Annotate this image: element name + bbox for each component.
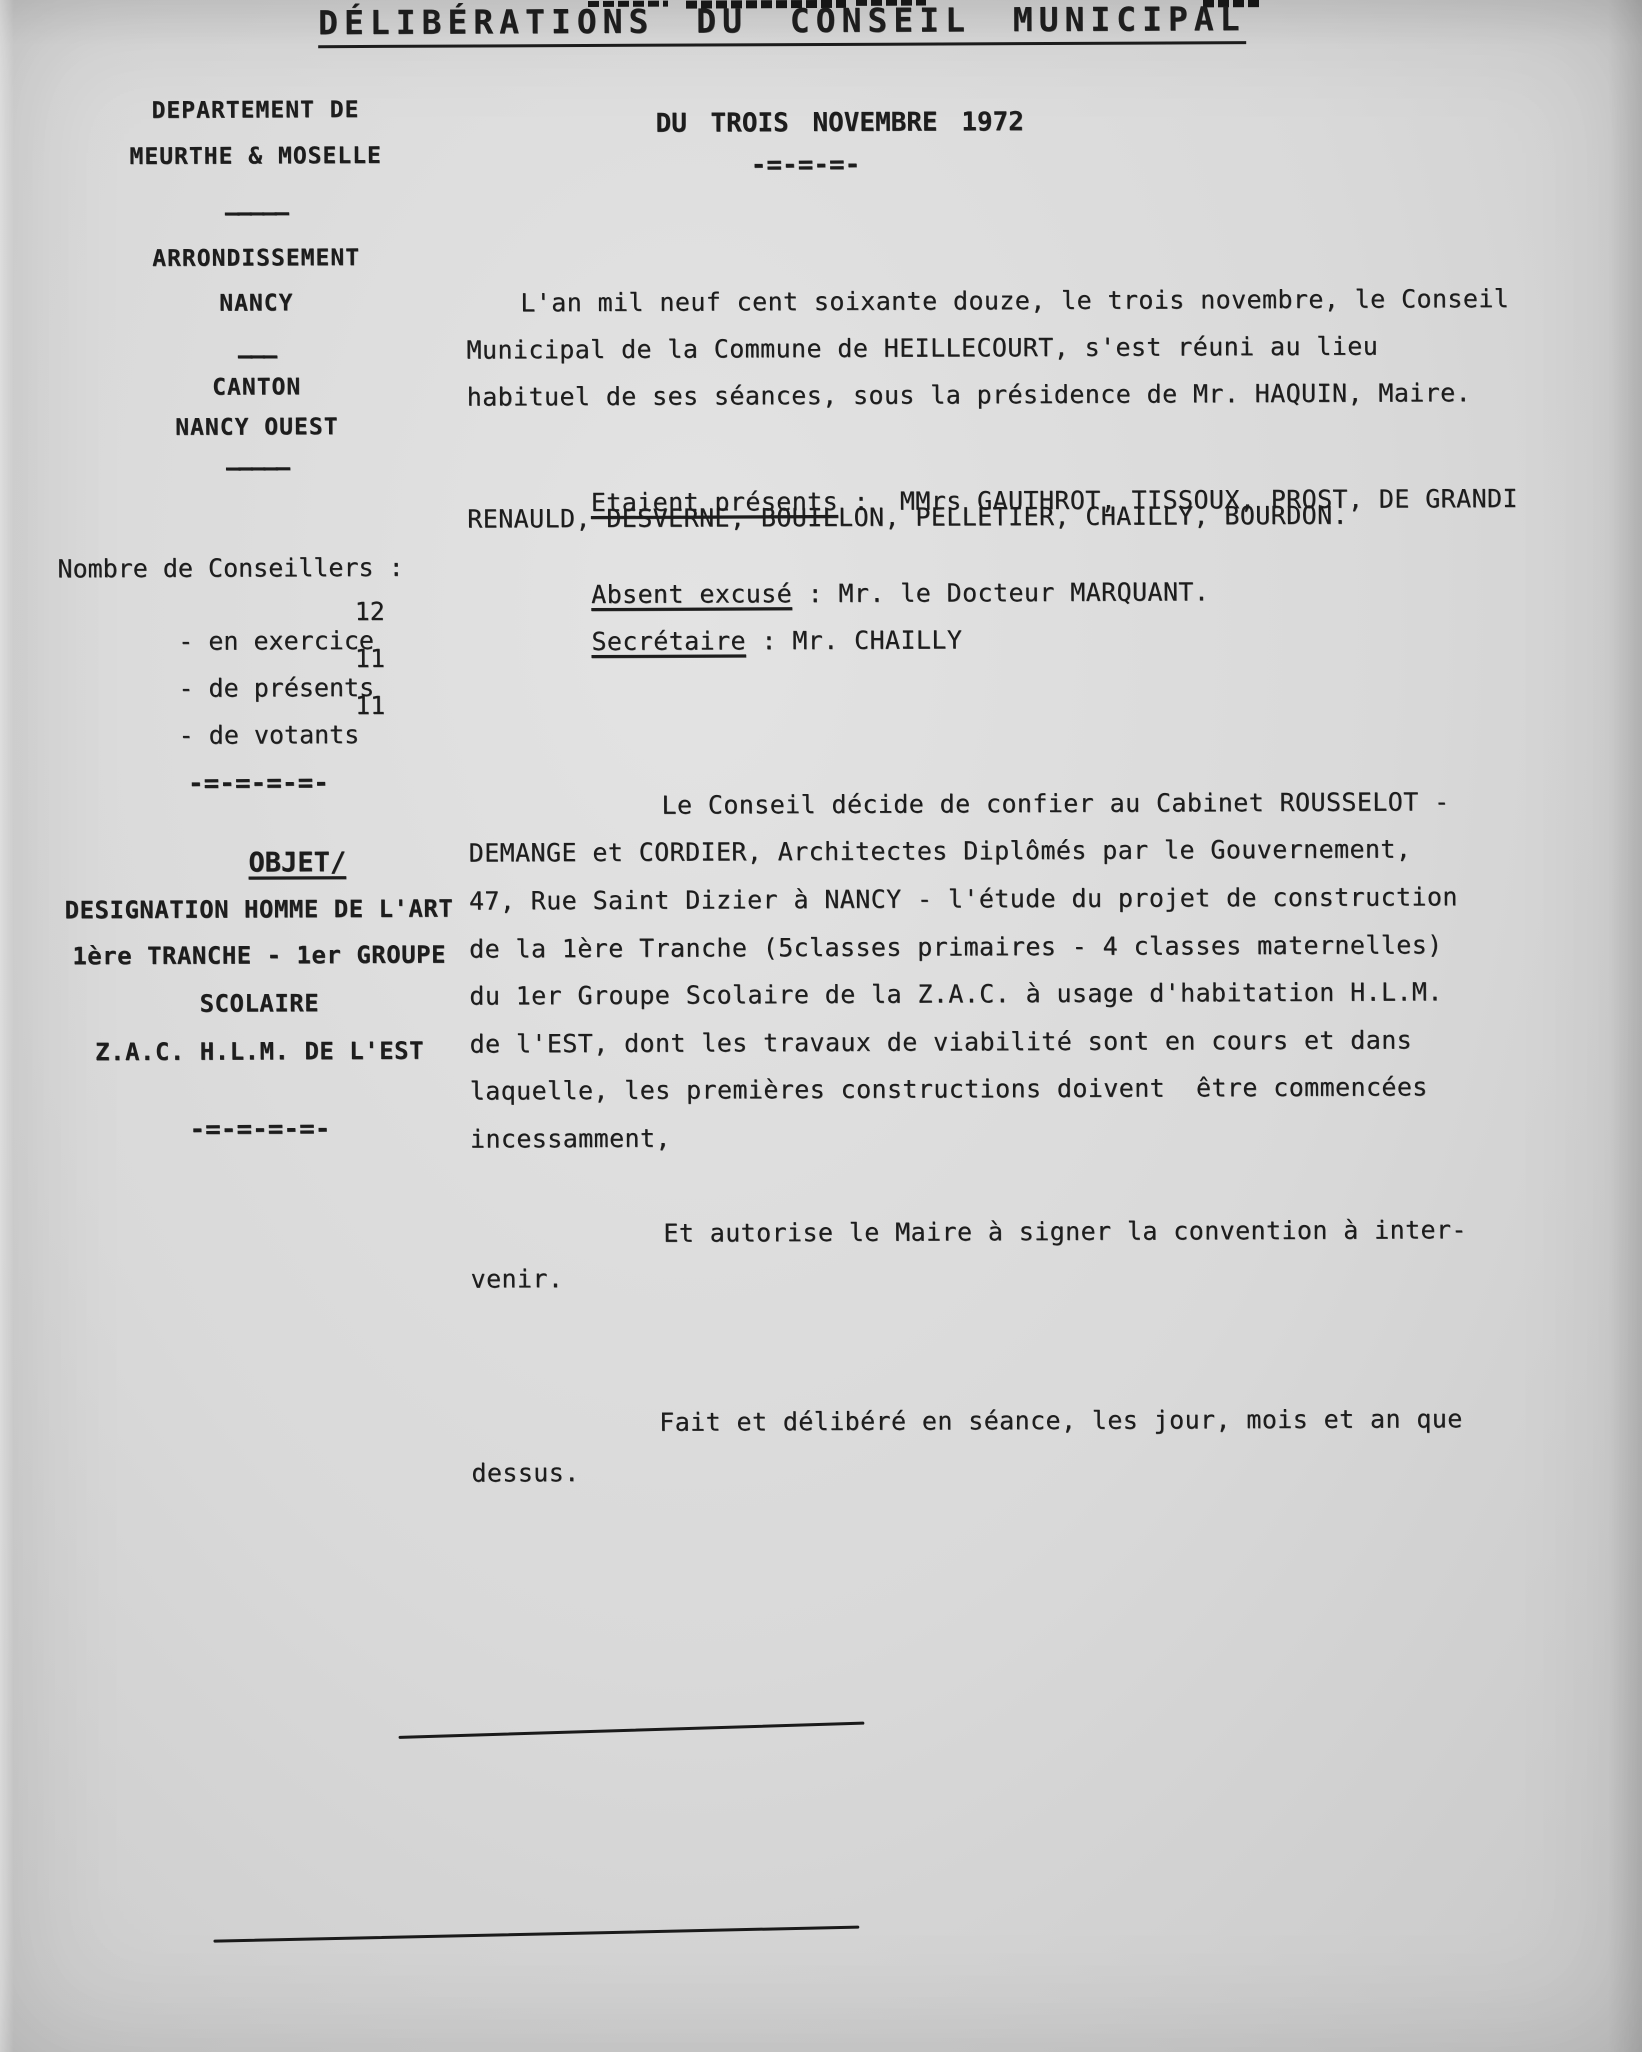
objet-line: 1ère TRANCHE - 1er GROUPE <box>44 941 474 971</box>
department-label: DEPARTEMENT DE <box>40 97 470 125</box>
separator-dash: ——— <box>41 341 471 371</box>
left-column: DEPARTEMENT DE MEURTHE & MOSELLE ————— A… <box>40 2 475 1204</box>
closing-line: Fait et délibéré en séance, les jour, mo… <box>471 1403 1642 1438</box>
document-content: DÉLIBÉRATIONS DU CONSEIL MUNICIPAL DEPAR… <box>0 0 1642 2052</box>
deliberation-line: Le Conseil décide de confier au Cabinet … <box>468 786 1642 821</box>
counter-value: 12 <box>355 597 385 626</box>
authorization-line: venir. <box>471 1260 1551 1294</box>
deliberation-line: 47, Rue Saint Dizier à NANCY - l'étude d… <box>469 882 1549 916</box>
counter-label: - de votants <box>179 720 360 750</box>
authorization-line: Et autorise le Maire à signer la convent… <box>470 1214 1642 1249</box>
secretary-label: Secrétaire <box>591 626 746 656</box>
department-name: MEURTHE & MOSELLE <box>41 143 471 171</box>
scanned-document-page: DÉLIBÉRATIONS DU CONSEIL MUNICIPAL DEPAR… <box>0 0 1642 2052</box>
counter-value: 11 <box>355 644 385 673</box>
counter-value: 11 <box>355 691 385 720</box>
deliberation-line: DEMANGE et CORDIER, Architectes Diplômés… <box>469 834 1549 868</box>
opening-line: habituel de ses séances, sous la préside… <box>467 378 1547 412</box>
attendance-present-line2: RENAULD, DESVERNE, BOUILLON, PELLETIER, … <box>467 500 1547 534</box>
arrondissement-name: NANCY <box>41 290 471 318</box>
canton-name: NANCY OUEST <box>42 414 472 442</box>
separator-dash: ————— <box>41 198 471 228</box>
deliberation-line: laquelle, les premières constructions do… <box>470 1072 1550 1106</box>
deliberation-line: du 1er Groupe Scolaire de la Z.A.C. à us… <box>469 977 1549 1011</box>
opening-line: L'an mil neuf cent soixante douze, le tr… <box>466 284 1600 318</box>
objet-line: SCOLAIRE <box>44 989 474 1019</box>
objet-line: Z.A.C. H.L.M. DE L'EST <box>45 1037 475 1067</box>
secretary-name: : Mr. CHAILLY <box>746 625 962 655</box>
canton-label: CANTON <box>42 374 472 402</box>
deliberation-line: de la 1ère Tranche (5classes primaires -… <box>469 930 1549 964</box>
objet-heading-row: OBJET/ <box>44 828 474 899</box>
closing-line: dessus. <box>471 1454 1551 1488</box>
attendance-secretary-line: Secrétaire : Mr. CHAILLY <box>468 594 1548 686</box>
objet-line: DESIGNATION HOMME DE L'ART <box>44 895 474 925</box>
separator-squiggle: -=-=-=-=- <box>45 1114 475 1146</box>
main-text-column: L'an mil neuf cent soixante douze, le tr… <box>465 0 1554 2052</box>
separator-squiggle: -=-=-=-=- <box>43 768 473 800</box>
deliberation-line: incessamment, <box>470 1120 1550 1154</box>
objet-heading: OBJET/ <box>248 847 346 878</box>
counters-heading: Nombre de Conseillers : <box>57 553 457 584</box>
arrondissement-label: ARRONDISSEMENT <box>41 245 471 273</box>
separator-dash: ————— <box>42 453 472 483</box>
deliberation-line: de l'EST, dont les travaux de viabilité … <box>469 1025 1549 1059</box>
opening-line: Municipal de la Commune de HEILLECOURT, … <box>466 331 1546 365</box>
